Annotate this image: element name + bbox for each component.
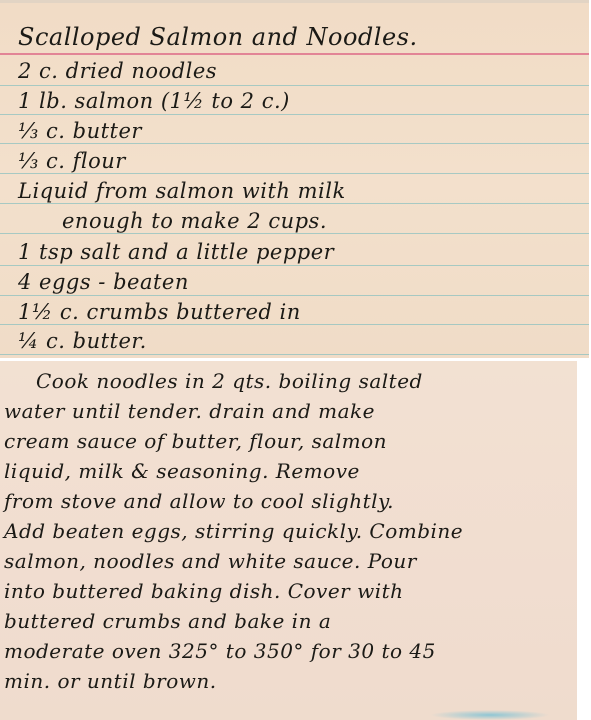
ruled-line [0,295,589,296]
direction-line: salmon, noodles and white sauce. Pour [4,549,417,573]
ruled-line [0,85,589,86]
ruled-line [0,203,589,204]
water-stain [430,710,550,720]
ingredient-line: 1 tsp salt and a little pepper [18,240,334,264]
direction-line: min. or until brown. [4,669,217,693]
ruled-line [0,114,589,115]
ingredient-line: ⅓ c. butter [18,119,142,143]
direction-line: cream sauce of butter, flour, salmon [4,429,387,453]
direction-line: into buttered baking dish. Cover with [4,579,404,603]
ingredient-line: enough to make 2 cups. [62,209,327,233]
ruled-line [0,143,589,144]
direction-line: from stove and allow to cool slightly. [4,489,394,513]
ruled-line [0,324,589,325]
direction-line: buttered crumbs and bake in a [4,609,331,633]
recipe-title: Scalloped Salmon and Noodles. [18,23,418,51]
direction-line: moderate oven 325° to 350° for 30 to 45 [4,639,436,663]
ruled-line [0,354,589,355]
ingredient-line: ⅓ c. flour [18,149,126,173]
ingredient-line: 1 lb. salmon (1½ to 2 c.) [18,89,290,113]
direction-line: Cook noodles in 2 qts. boiling salted [36,369,423,393]
ingredient-line: ¼ c. butter. [18,329,147,353]
ruled-line [0,265,589,266]
ruled-line [0,173,589,174]
header-rule-line [0,53,589,55]
ingredient-line: 2 c. dried noodles [18,59,217,83]
ruled-line [0,233,589,234]
recipe-card-back: Cook noodles in 2 qts. boiling salted wa… [0,361,577,720]
ingredient-line: 4 eggs - beaten [18,270,189,294]
direction-line: water until tender. drain and make [4,399,375,423]
recipe-card-front: Scalloped Salmon and Noodles. 2 c. dried… [0,0,589,358]
direction-line: Add beaten eggs, stirring quickly. Combi… [4,519,463,543]
ingredient-line: 1½ c. crumbs buttered in [18,300,301,324]
direction-line: liquid, milk & seasoning. Remove [4,459,360,483]
ingredient-line: Liquid from salmon with milk [18,179,346,203]
